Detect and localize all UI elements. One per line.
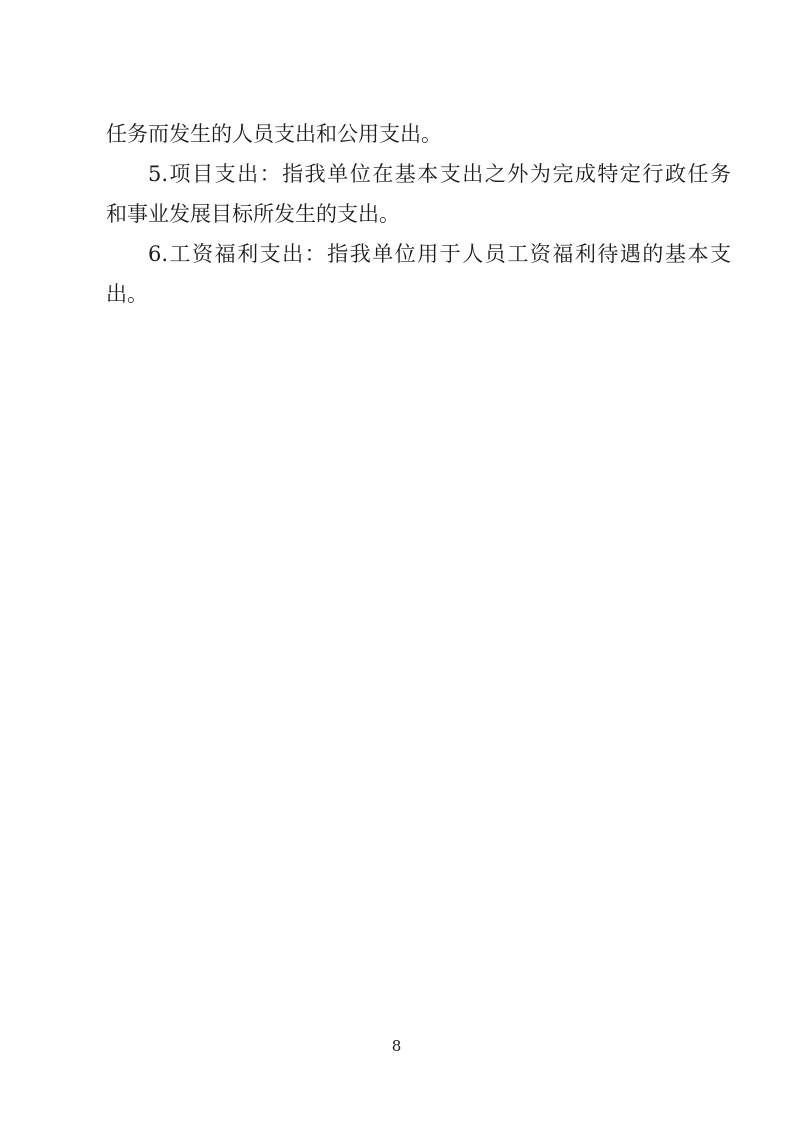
body-line-item5-end: 和事业发展目标所发生的支出。 [106,194,731,234]
page-number: 8 [0,1036,793,1056]
body-line-item6-end: 出。 [106,274,731,314]
body-text: 任务而发生的人员支出和公用支出。 5.项目支出：指我单位在基本支出之外为完成特定… [106,114,731,314]
body-line-item6-start: 6.工资福利支出：指我单位用于人员工资福利待遇的基本支 [106,234,731,274]
body-line-item5-start: 5.项目支出：指我单位在基本支出之外为完成特定行政任务 [106,154,731,194]
body-line-continuation: 任务而发生的人员支出和公用支出。 [106,114,731,154]
document-page: 任务而发生的人员支出和公用支出。 5.项目支出：指我单位在基本支出之外为完成特定… [0,0,793,1122]
